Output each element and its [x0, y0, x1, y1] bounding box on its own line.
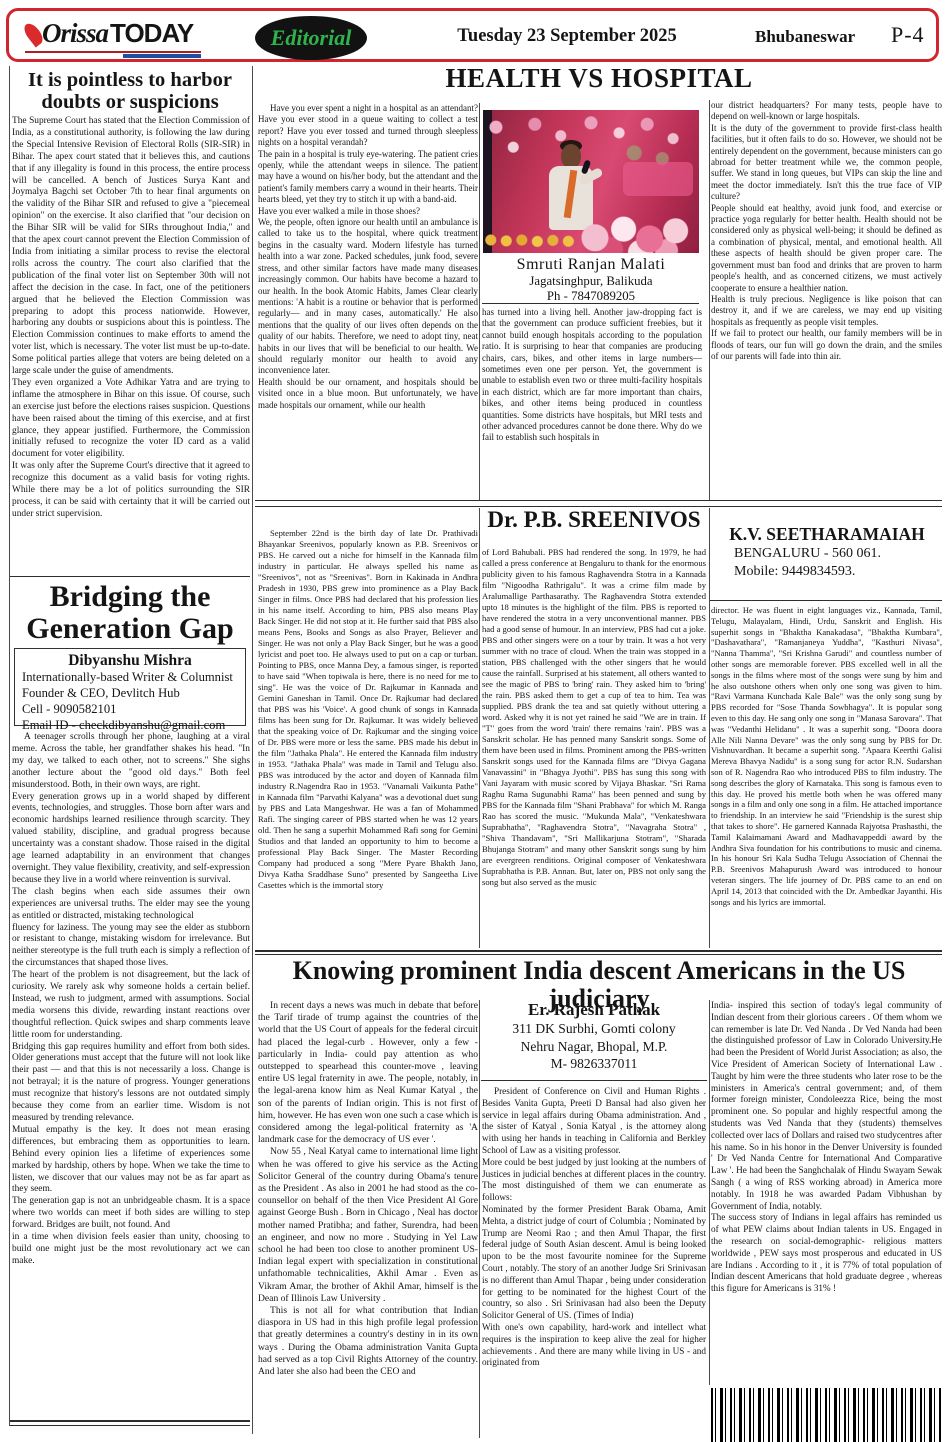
article-judiciary-col1: In recent days a news was much in debate…	[258, 1000, 478, 1438]
paragraph: The clash begins when each side assumes …	[12, 887, 250, 923]
judiciary-author-address2: Nehru Nagar, Bhopal, M.P.	[482, 1038, 706, 1056]
divider-line	[255, 950, 942, 952]
editorial-badge: Editorial	[255, 16, 367, 60]
judiciary-author-mobile: M- 9826337011	[482, 1055, 706, 1073]
pbs-author-city: BENGALURU - 560 061.	[712, 545, 942, 563]
article-pbs-col3: director. He was fluent in eight languag…	[711, 605, 942, 948]
article-health-col2: has turned into a living hell. Another j…	[482, 307, 702, 499]
paragraph: More could be best judged by just lookin…	[482, 1157, 706, 1204]
paragraph: Now 55 , Neal Katyal came to internation…	[258, 1146, 478, 1305]
paragraph: Have you ever spent a night in a hospita…	[258, 103, 478, 149]
paragraph: It was only after the Supreme Court's di…	[12, 461, 250, 521]
divider-line	[482, 303, 699, 304]
generation-author-org: Founder & CEO, Devlitch Hub	[22, 686, 238, 702]
divider-line	[10, 576, 250, 577]
paragraph: They even organized a Vote Adhikar Yatra…	[12, 378, 250, 461]
paragraph: Have you ever walked a mile in those sho…	[258, 206, 478, 217]
article-health-col1: Have you ever spent a night in a hospita…	[258, 103, 478, 500]
paragraph: The success story of Indians in legal af…	[711, 1212, 942, 1295]
generation-author-name: Dibyanshu Mishra	[22, 652, 238, 670]
photo-bouquet	[569, 203, 699, 253]
paragraph: In recent days a news was much in debate…	[258, 1000, 478, 1146]
paragraph: If we fail to protect our health, our fa…	[711, 328, 942, 362]
paragraph: in a time when division feels easier tha…	[12, 1232, 250, 1268]
paragraph: This is not all for what contribution th…	[258, 1305, 478, 1378]
brand-orissa: Orissa	[42, 18, 108, 49]
judiciary-author-name: Er. Rajesh Pathak	[482, 1000, 706, 1020]
divider-line	[10, 1425, 250, 1426]
divider-line	[479, 103, 480, 500]
pbs-author-mobile: Mobile: 9449834593.	[712, 563, 942, 581]
photo-caption: Smruti Ranjan Malati Jagatsinghpur, Bali…	[483, 256, 699, 303]
judiciary-author-address1: 311 DK Surbhi, Gomti colony	[482, 1020, 706, 1038]
paragraph: Health is truly precious. Negligence is …	[711, 294, 942, 328]
photo-speaker-face	[561, 144, 581, 168]
paragraph: Bridging this gap requires humility and …	[12, 1042, 250, 1125]
paragraph: Mutual empathy is the key. It does not m…	[12, 1125, 250, 1196]
pbs-author-name: K.V. SEETHARAMAIAH	[712, 524, 942, 545]
paragraph: fluency for laziness. The young may see …	[12, 923, 250, 971]
article-doubts-body: The Supreme Court has stated that the El…	[12, 116, 250, 574]
paragraph: of Lord Bahubali. PBS had rendered the s…	[482, 547, 706, 888]
photo-banner	[623, 162, 693, 196]
paragraph: Nominated by the former President Barak …	[482, 1204, 706, 1322]
article-judiciary-col2: President of Conference on Civil and Hum…	[482, 1086, 706, 1438]
divider-line	[710, 600, 942, 601]
article-generation-title: Bridging the Generation Gap	[10, 581, 250, 645]
divider-line	[10, 1420, 250, 1422]
article-health-col3: our district headquarters? For many test…	[711, 100, 942, 499]
paragraph: A teenager scrolls through her phone, la…	[12, 732, 250, 792]
article-pbs-col1: September 22nd is the birth day of late …	[258, 528, 478, 948]
divider-line	[481, 1080, 707, 1081]
judiciary-author-box: Er. Rajesh Pathak 311 DK Surbhi, Gomti c…	[482, 1000, 706, 1073]
article-health-title: HEALTH VS HOSPITAL	[255, 64, 943, 93]
paragraph: Every generation grows up in a world sha…	[12, 792, 250, 887]
brand-red-bar	[25, 51, 201, 53]
paragraph: With one's own capability, hard-work and…	[482, 1322, 706, 1369]
brand-today: TODAY	[110, 18, 193, 49]
photo-marigold-garland	[483, 231, 580, 249]
paragraph: has turned into a living hell. Another j…	[482, 307, 702, 444]
health-author-phone: Ph - 7847089205	[483, 289, 699, 304]
generation-author-box: Dibyanshu Mishra Internationally-based W…	[14, 648, 246, 726]
divider-line	[709, 1000, 710, 1385]
paragraph: The pain in a hospital is truly eye-wate…	[258, 149, 478, 206]
paragraph: our district headquarters? For many test…	[711, 100, 942, 123]
paragraph: The generation gap is not an unbridgeabl…	[12, 1196, 250, 1232]
paragraph: Health should be our ornament, and hospi…	[258, 377, 478, 411]
divider-line	[709, 100, 710, 500]
divider-line	[252, 66, 253, 1434]
brand-underline-bars	[25, 51, 201, 58]
brand-logo: Orissa TODAY	[27, 18, 193, 49]
edition-city: Bhubaneswar	[755, 27, 855, 47]
divider-line	[255, 954, 942, 955]
paragraph: director. He was fluent in eight languag…	[711, 605, 942, 907]
divider-line	[255, 500, 942, 501]
paragraph: We, the people, often ignore our health …	[258, 217, 478, 377]
article-doubts-title: It is pointless to harbor doubts or susp…	[10, 70, 250, 114]
article-pbs-col2: of Lord Bahubali. PBS had rendered the s…	[482, 547, 706, 948]
divider-line	[9, 66, 10, 1426]
paragraph: President of Conference on Civil and Hum…	[482, 1086, 706, 1157]
paragraph: People should eat healthy, avoid junk fo…	[711, 203, 942, 294]
generation-author-role: Internationally-based Writer & Columnist	[22, 670, 238, 686]
barcode	[711, 1388, 942, 1442]
paragraph: The Supreme Court has stated that the El…	[12, 116, 250, 378]
edition-date: Tuesday 23 September 2025	[447, 26, 687, 47]
newspaper-page: Orissa TODAY Editorial Tuesday 23 Septem…	[0, 0, 945, 1442]
article-generation-body: A teenager scrolls through her phone, la…	[12, 732, 250, 1414]
pbs-author-box: K.V. SEETHARAMAIAH BENGALURU - 560 061. …	[712, 524, 942, 580]
masthead: Orissa TODAY Editorial Tuesday 23 Septem…	[6, 8, 939, 62]
page-number: P-4	[891, 22, 925, 48]
paragraph: It is the duty of the government to prov…	[711, 123, 942, 203]
divider-line	[709, 508, 710, 948]
brand-blue-bar	[123, 54, 201, 58]
paragraph: September 22nd is the birth day of late …	[258, 528, 478, 891]
speech-photo	[483, 110, 699, 253]
health-author-place: Jagatsinghpur, Balikuda	[483, 274, 699, 289]
health-author-name: Smruti Ranjan Malati	[483, 256, 699, 274]
article-pbs-title: Dr. P.B. SREENIVOS	[478, 508, 710, 533]
paragraph: The heart of the problem is not disagree…	[12, 970, 250, 1041]
article-judiciary-col3: India- inspired this section of today's …	[711, 1000, 942, 1384]
divider-line	[479, 508, 480, 948]
paragraph: India- inspired this section of today's …	[711, 1000, 942, 1212]
editorial-badge-label: Editorial	[271, 25, 352, 51]
divider-line	[479, 1000, 480, 1438]
generation-author-cell: Cell - 9090582101	[22, 702, 238, 718]
